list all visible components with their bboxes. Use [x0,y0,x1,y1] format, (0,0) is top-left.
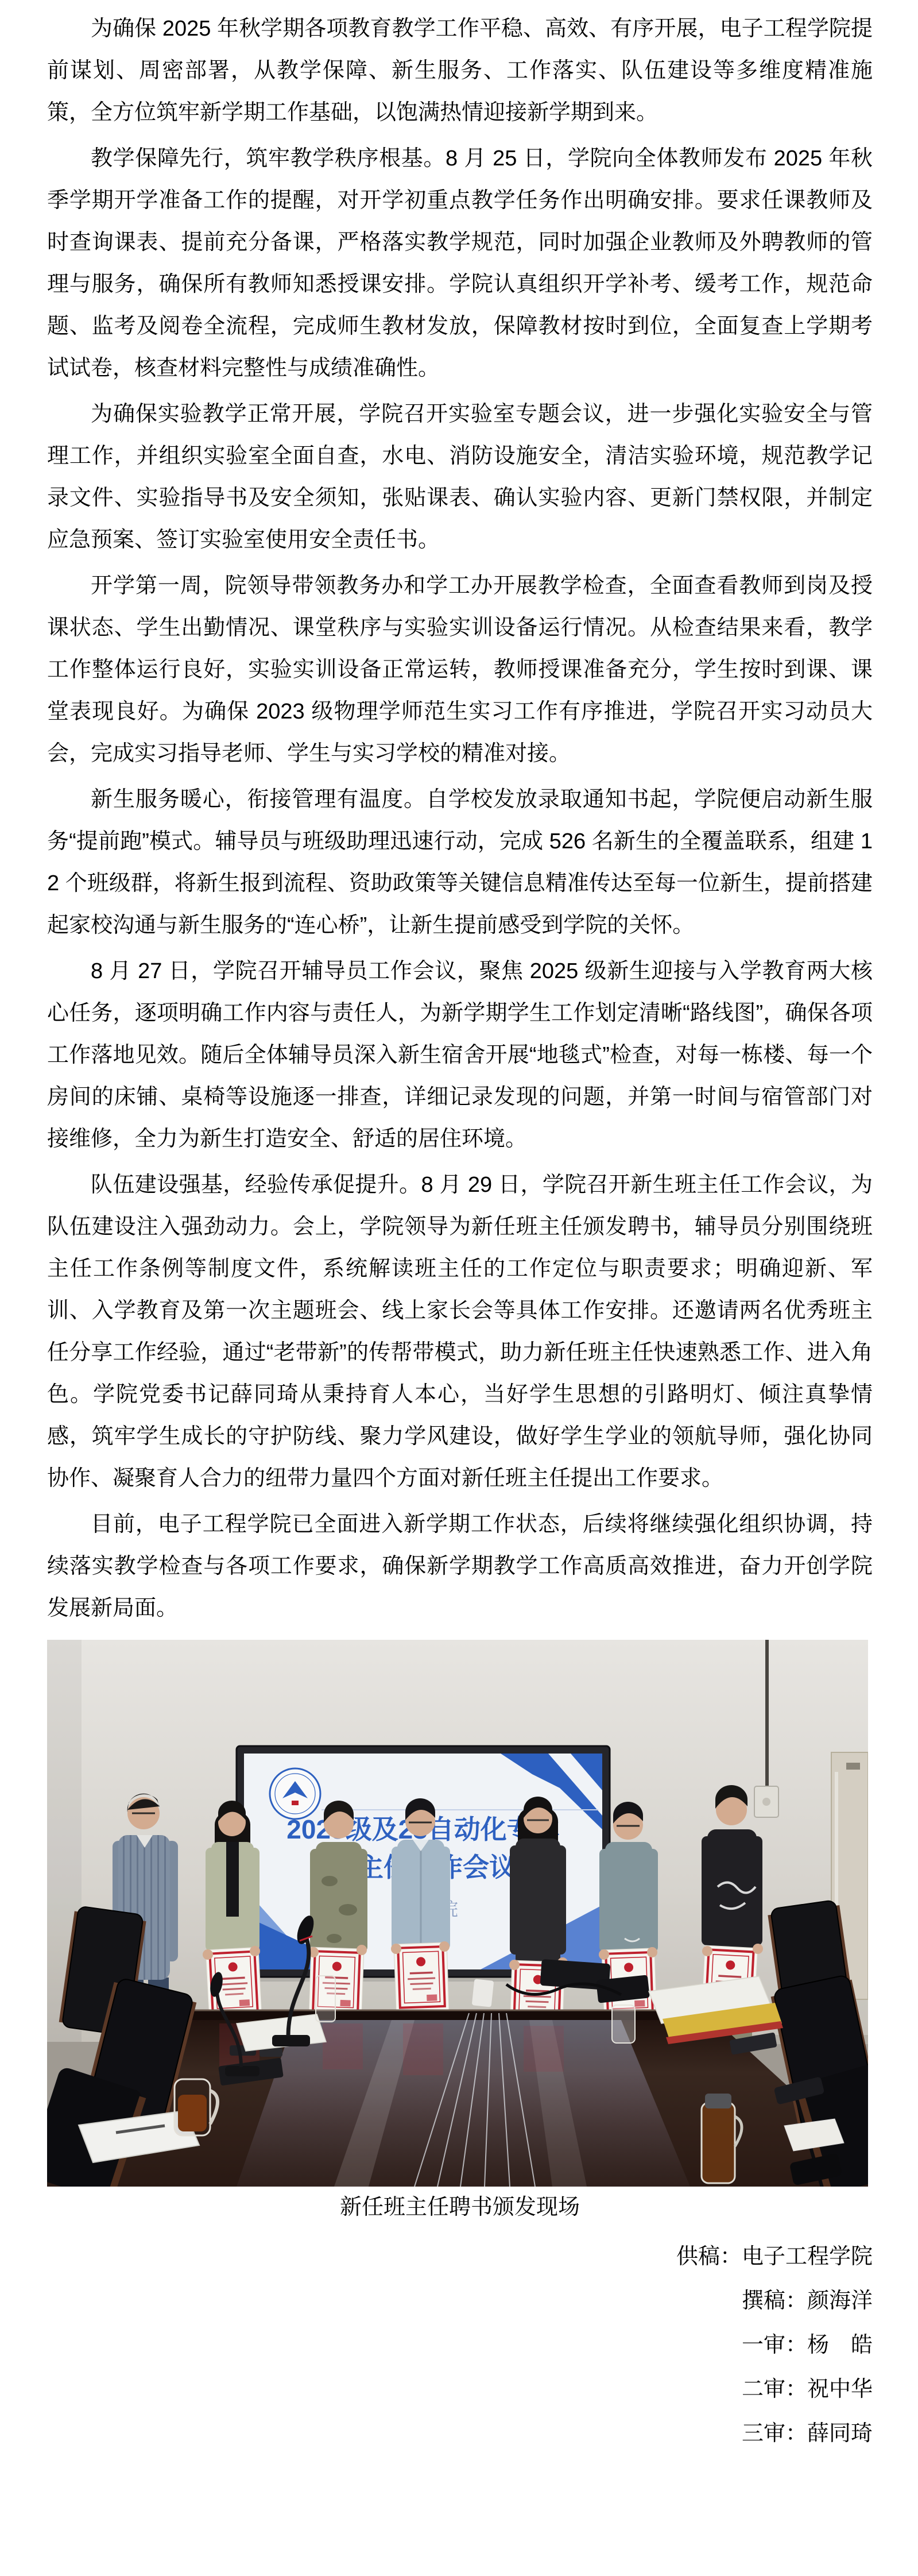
body-paragraph: 队伍建设强基，经验传承促提升。8 月 29 日，学院召开新生班主任工作会议，为队… [47,1164,873,1500]
meeting-room-photo: 2025级及23自动化专本 班主任工作会议 院 [47,1640,868,2187]
article-body: 为确保 2025 年秋学期各项教育教学工作平稳、高效、有序开展，电子工程学院提前… [47,8,873,1629]
credit-line-first-review: 一审：杨 皓 [47,2323,873,2368]
body-paragraph: 教学保障先行，筑牢教学秩序根基。8 月 25 日，学院向全体教师发布 2025 … [47,138,873,389]
body-paragraph: 8 月 27 日，学院召开辅导员工作会议，聚焦 2025 级新生迎接与入学教育两… [47,951,873,1160]
news-photo: 2025级及23自动化专本 班主任工作会议 院 [47,1640,868,2187]
body-paragraph: 目前，电子工程学院已全面进入新学期工作状态，后续将继续强化组织协调，持续落实教学… [47,1504,873,1629]
article-page: 为确保 2025 年秋学期各项教育教学工作平稳、高效、有序开展，电子工程学院提前… [0,0,918,2576]
credit-line-author: 撰稿：颜海洋 [47,2279,873,2323]
body-paragraph: 为确保 2025 年秋学期各项教育教学工作平稳、高效、有序开展，电子工程学院提前… [47,8,873,134]
credit-line-second-review: 二审：祝中华 [47,2368,873,2412]
body-paragraph: 为确保实验教学正常开展，学院召开实验室专题会议，进一步强化实验安全与管理工作，并… [47,393,873,561]
credit-line-third-review: 三审：薛同琦 [47,2412,873,2456]
photo-vignette [47,1640,868,2187]
credit-line-contributor: 供稿：电子工程学院 [47,2235,873,2279]
photo-caption: 新任班主任聘书颁发现场 [47,2192,873,2222]
body-paragraph: 新生服务暖心，衔接管理有温度。自学校发放录取通知书起，学院便启动新生服务“提前跑… [47,779,873,947]
credits-block: 供稿：电子工程学院 撰稿：颜海洋 一审：杨 皓 二审：祝中华 三审：薛同琦 [47,2235,873,2456]
body-paragraph: 开学第一周，院领导带领教务办和学工办开展教学检查，全面查看教师到岗及授课状态、学… [47,565,873,775]
